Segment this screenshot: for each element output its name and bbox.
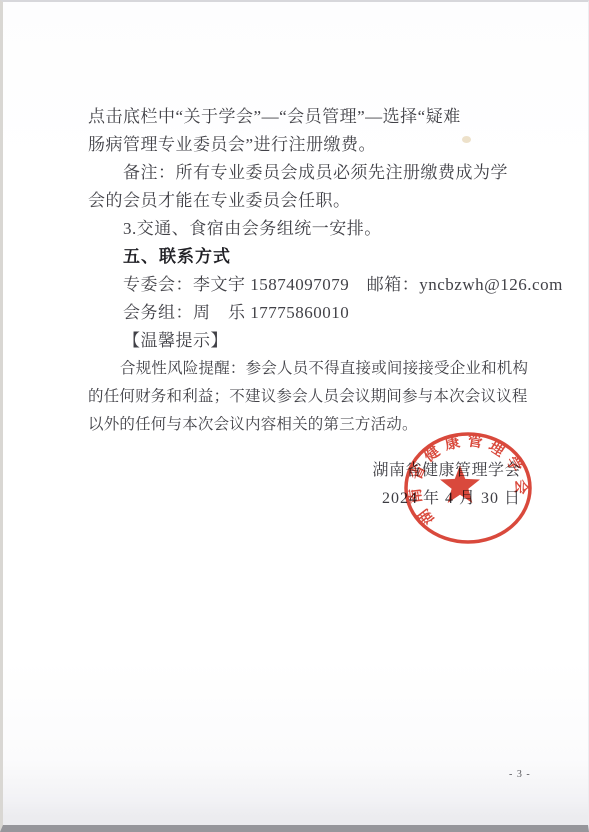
scanned-page: 点击底栏中“关于学会”—“会员管理”—选择“疑难 肠病管理专业委员会”进行注册缴… <box>0 0 589 832</box>
body-line: 肠病管理专业委员会”进行注册缴费。 <box>88 131 510 159</box>
document-body: 点击底栏中“关于学会”—“会员管理”—选择“疑难 肠病管理专业委员会”进行注册缴… <box>88 103 510 439</box>
contact-logistics-line: 会务组：周 乐 17775860010 <box>88 299 510 327</box>
page-number: - 3 - <box>509 769 531 780</box>
body-line: 备注：所有专业委员会成员必须先注册缴费成为学 <box>88 159 510 187</box>
notice-heading-line: 【温馨提示】 <box>88 327 510 355</box>
body-line: 3.交通、食宿由会务组统一安排。 <box>88 215 510 243</box>
contact-committee-line: 专委会：李文宇 15874097079 邮箱：yncbzwh@126.com <box>88 271 510 299</box>
scan-artifact-dot <box>462 136 471 143</box>
reminder-line: 合规性风险提醒：参会人员不得直接或间接接受企业和机构 <box>88 355 510 383</box>
reminder-line: 的任何财务和利益；不建议参会人员会议期间参与本次会议议程 <box>88 383 510 411</box>
section-heading-contact: 五、联系方式 <box>88 243 510 271</box>
official-seal-stamp: 湖南省健康管理学会 <box>398 427 538 549</box>
body-line: 会的会员才能在专业委员会任职。 <box>88 187 510 215</box>
body-line: 点击底栏中“关于学会”—“会员管理”—选择“疑难 <box>88 103 510 131</box>
seal-star-icon <box>440 465 480 503</box>
